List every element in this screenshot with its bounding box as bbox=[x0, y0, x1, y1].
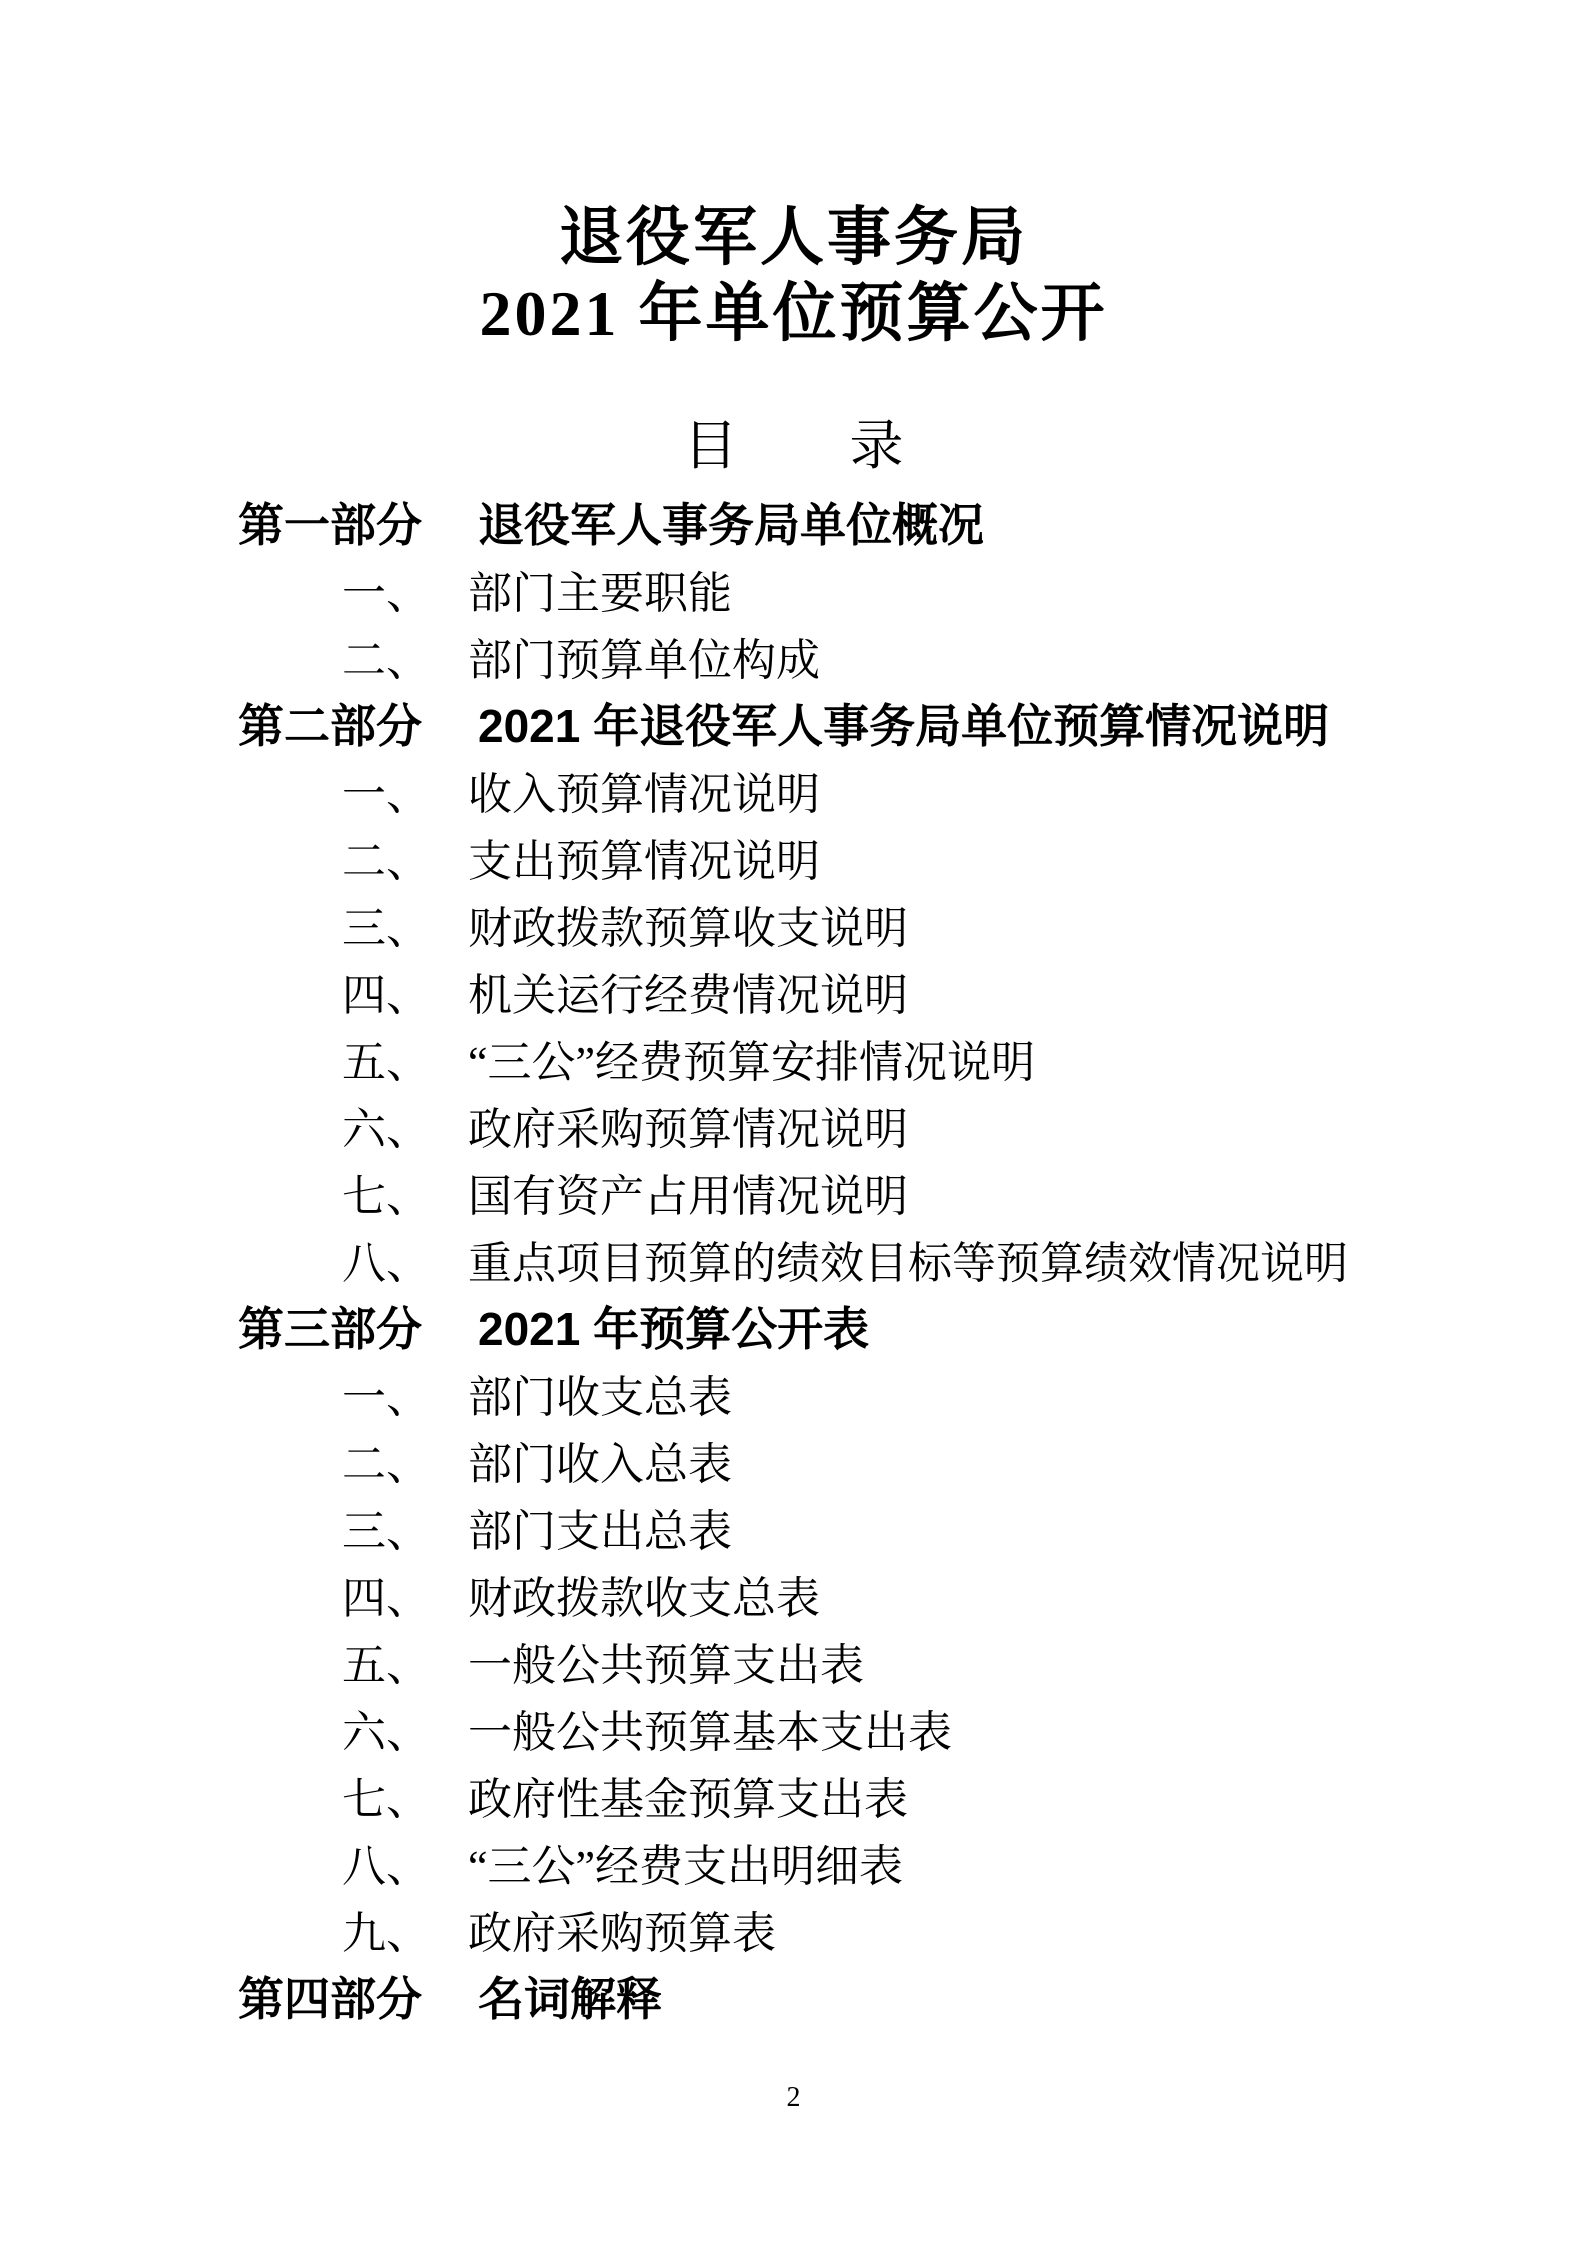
toc-item-row: 六、一般公共预算基本支出表 bbox=[0, 1694, 1587, 1761]
toc-item-row: 二、部门收入总表 bbox=[0, 1426, 1587, 1493]
toc-item-title: 部门主要职能 bbox=[468, 557, 732, 621]
toc-item-title: 政府采购预算表 bbox=[468, 1897, 776, 1961]
toc-section-label: 第三部分 bbox=[238, 1293, 422, 1359]
toc-item-row: 八、重点项目预算的绩效目标等预算绩效情况说明 bbox=[0, 1225, 1587, 1292]
toc-item-number: 五、 bbox=[342, 1026, 468, 1090]
toc-section-label: 第四部分 bbox=[238, 1963, 422, 2029]
toc-item-number: 四、 bbox=[342, 1562, 468, 1626]
toc-item-number: 七、 bbox=[342, 1763, 468, 1827]
toc-section-title: 名词解释 bbox=[478, 1963, 662, 2029]
toc-item-number: 二、 bbox=[342, 1428, 468, 1492]
toc-section-title: 2021 年退役军人事务局单位预算情况说明 bbox=[478, 690, 1329, 756]
toc-item-number: 六、 bbox=[342, 1093, 468, 1157]
document-title-line1: 退役军人事务局 bbox=[0, 200, 1587, 276]
table-of-contents: 第一部分退役军人事务局单位概况 一、部门主要职能 二、部门预算单位构成 第二部分… bbox=[0, 488, 1587, 2029]
toc-item-row: 三、财政拨款预算收支说明 bbox=[0, 890, 1587, 957]
toc-item-row: 六、政府采购预算情况说明 bbox=[0, 1091, 1587, 1158]
toc-item-title: “三公”经费预算安排情况说明 bbox=[468, 1026, 1035, 1090]
toc-item-number: 二、 bbox=[342, 624, 468, 688]
toc-item-title: 部门预算单位构成 bbox=[468, 624, 820, 688]
toc-item-number: 九、 bbox=[342, 1897, 468, 1961]
toc-item-number: 五、 bbox=[342, 1629, 468, 1693]
toc-item-row: 二、部门预算单位构成 bbox=[0, 622, 1587, 689]
toc-item-title: 一般公共预算支出表 bbox=[468, 1629, 864, 1693]
toc-item-title: 收入预算情况说明 bbox=[468, 758, 820, 822]
toc-item-number: 三、 bbox=[342, 1495, 468, 1559]
toc-item-title: 一般公共预算基本支出表 bbox=[468, 1696, 952, 1760]
toc-item-row: 四、机关运行经费情况说明 bbox=[0, 957, 1587, 1024]
toc-item-row: 一、部门主要职能 bbox=[0, 555, 1587, 622]
document-title-block: 退役军人事务局 2021 年单位预算公开 bbox=[0, 200, 1587, 352]
toc-item-number: 七、 bbox=[342, 1160, 468, 1224]
toc-section-title: 2021 年预算公开表 bbox=[478, 1293, 869, 1359]
toc-item-title: 部门支出总表 bbox=[468, 1495, 732, 1559]
toc-item-title: 财政拨款收支总表 bbox=[468, 1562, 820, 1626]
toc-section-row: 第一部分退役军人事务局单位概况 bbox=[0, 488, 1587, 555]
toc-item-number: 四、 bbox=[342, 959, 468, 1023]
toc-heading-char1: 目 bbox=[684, 416, 738, 476]
toc-item-row: 五、一般公共预算支出表 bbox=[0, 1627, 1587, 1694]
toc-item-row: 一、部门收支总表 bbox=[0, 1359, 1587, 1426]
toc-item-title: 财政拨款预算收支说明 bbox=[468, 892, 908, 956]
toc-section-row: 第四部分名词解释 bbox=[0, 1962, 1587, 2029]
toc-item-row: 四、财政拨款收支总表 bbox=[0, 1560, 1587, 1627]
toc-heading-char2: 录 bbox=[850, 416, 904, 476]
toc-item-row: 五、“三公”经费预算安排情况说明 bbox=[0, 1024, 1587, 1091]
toc-item-number: 一、 bbox=[342, 1361, 468, 1425]
toc-item-row: 八、“三公”经费支出明细表 bbox=[0, 1828, 1587, 1895]
toc-heading: 目录 bbox=[0, 414, 1587, 478]
toc-item-number: 二、 bbox=[342, 825, 468, 889]
toc-section-row: 第二部分2021 年退役军人事务局单位预算情况说明 bbox=[0, 689, 1587, 756]
toc-item-title: “三公”经费支出明细表 bbox=[468, 1830, 903, 1894]
toc-section-row: 第三部分2021 年预算公开表 bbox=[0, 1292, 1587, 1359]
toc-item-number: 一、 bbox=[342, 758, 468, 822]
toc-item-row: 二、支出预算情况说明 bbox=[0, 823, 1587, 890]
page-number: 2 bbox=[0, 2082, 1587, 2114]
document-title-line2: 2021 年单位预算公开 bbox=[0, 276, 1587, 352]
document-page: 退役军人事务局 2021 年单位预算公开 目录 第一部分退役军人事务局单位概况 … bbox=[0, 0, 1587, 2245]
toc-item-row: 七、政府性基金预算支出表 bbox=[0, 1761, 1587, 1828]
toc-section-label: 第二部分 bbox=[238, 690, 422, 756]
toc-item-number: 一、 bbox=[342, 557, 468, 621]
toc-item-row: 七、国有资产占用情况说明 bbox=[0, 1158, 1587, 1225]
toc-item-title: 国有资产占用情况说明 bbox=[468, 1160, 908, 1224]
toc-section-title: 退役军人事务局单位概况 bbox=[478, 489, 984, 555]
toc-item-number: 六、 bbox=[342, 1696, 468, 1760]
toc-item-title: 部门收支总表 bbox=[468, 1361, 732, 1425]
toc-item-row: 九、政府采购预算表 bbox=[0, 1895, 1587, 1962]
toc-item-title: 机关运行经费情况说明 bbox=[468, 959, 908, 1023]
toc-item-title: 政府采购预算情况说明 bbox=[468, 1093, 908, 1157]
toc-item-number: 八、 bbox=[342, 1227, 468, 1291]
toc-item-number: 三、 bbox=[342, 892, 468, 956]
toc-section-label: 第一部分 bbox=[238, 489, 422, 555]
toc-item-number: 八、 bbox=[342, 1830, 468, 1894]
toc-item-title: 重点项目预算的绩效目标等预算绩效情况说明 bbox=[468, 1227, 1348, 1291]
toc-item-row: 一、收入预算情况说明 bbox=[0, 756, 1587, 823]
toc-item-title: 支出预算情况说明 bbox=[468, 825, 820, 889]
toc-item-title: 政府性基金预算支出表 bbox=[468, 1763, 908, 1827]
toc-item-title: 部门收入总表 bbox=[468, 1428, 732, 1492]
toc-item-row: 三、部门支出总表 bbox=[0, 1493, 1587, 1560]
